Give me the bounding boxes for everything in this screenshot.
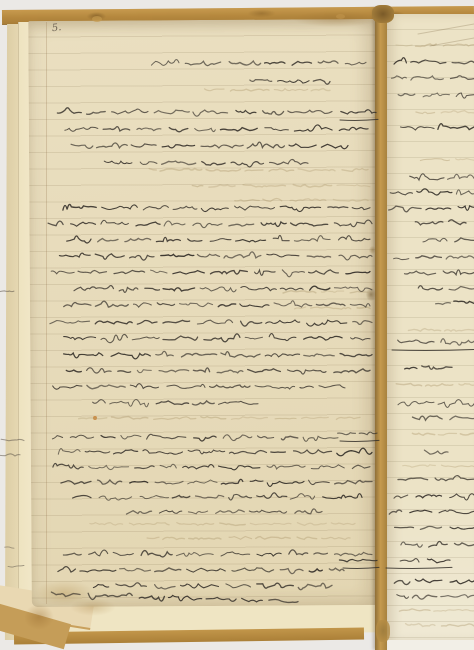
binding-knot-bottom: [376, 620, 390, 642]
torn-chip-top-1: [92, 16, 102, 22]
stain-orange-dot: [93, 416, 97, 420]
torn-chip-top-2: [336, 14, 345, 19]
right-page: [384, 14, 474, 642]
left-page-margin-rule: [46, 22, 47, 604]
stain-right-edge: [366, 288, 376, 301]
page-number: 5.: [51, 21, 73, 37]
stain-top-right: [292, 11, 380, 27]
stain-bottom-left-3: [24, 604, 54, 630]
right-page-bottom-edge: [384, 640, 474, 650]
stain-right-edge-small: [369, 246, 376, 254]
binding-gutter: [375, 8, 387, 650]
photo-backdrop: 5.: [0, 0, 474, 650]
stain-bottom-left-2: [70, 598, 116, 616]
left-page: [28, 19, 380, 607]
